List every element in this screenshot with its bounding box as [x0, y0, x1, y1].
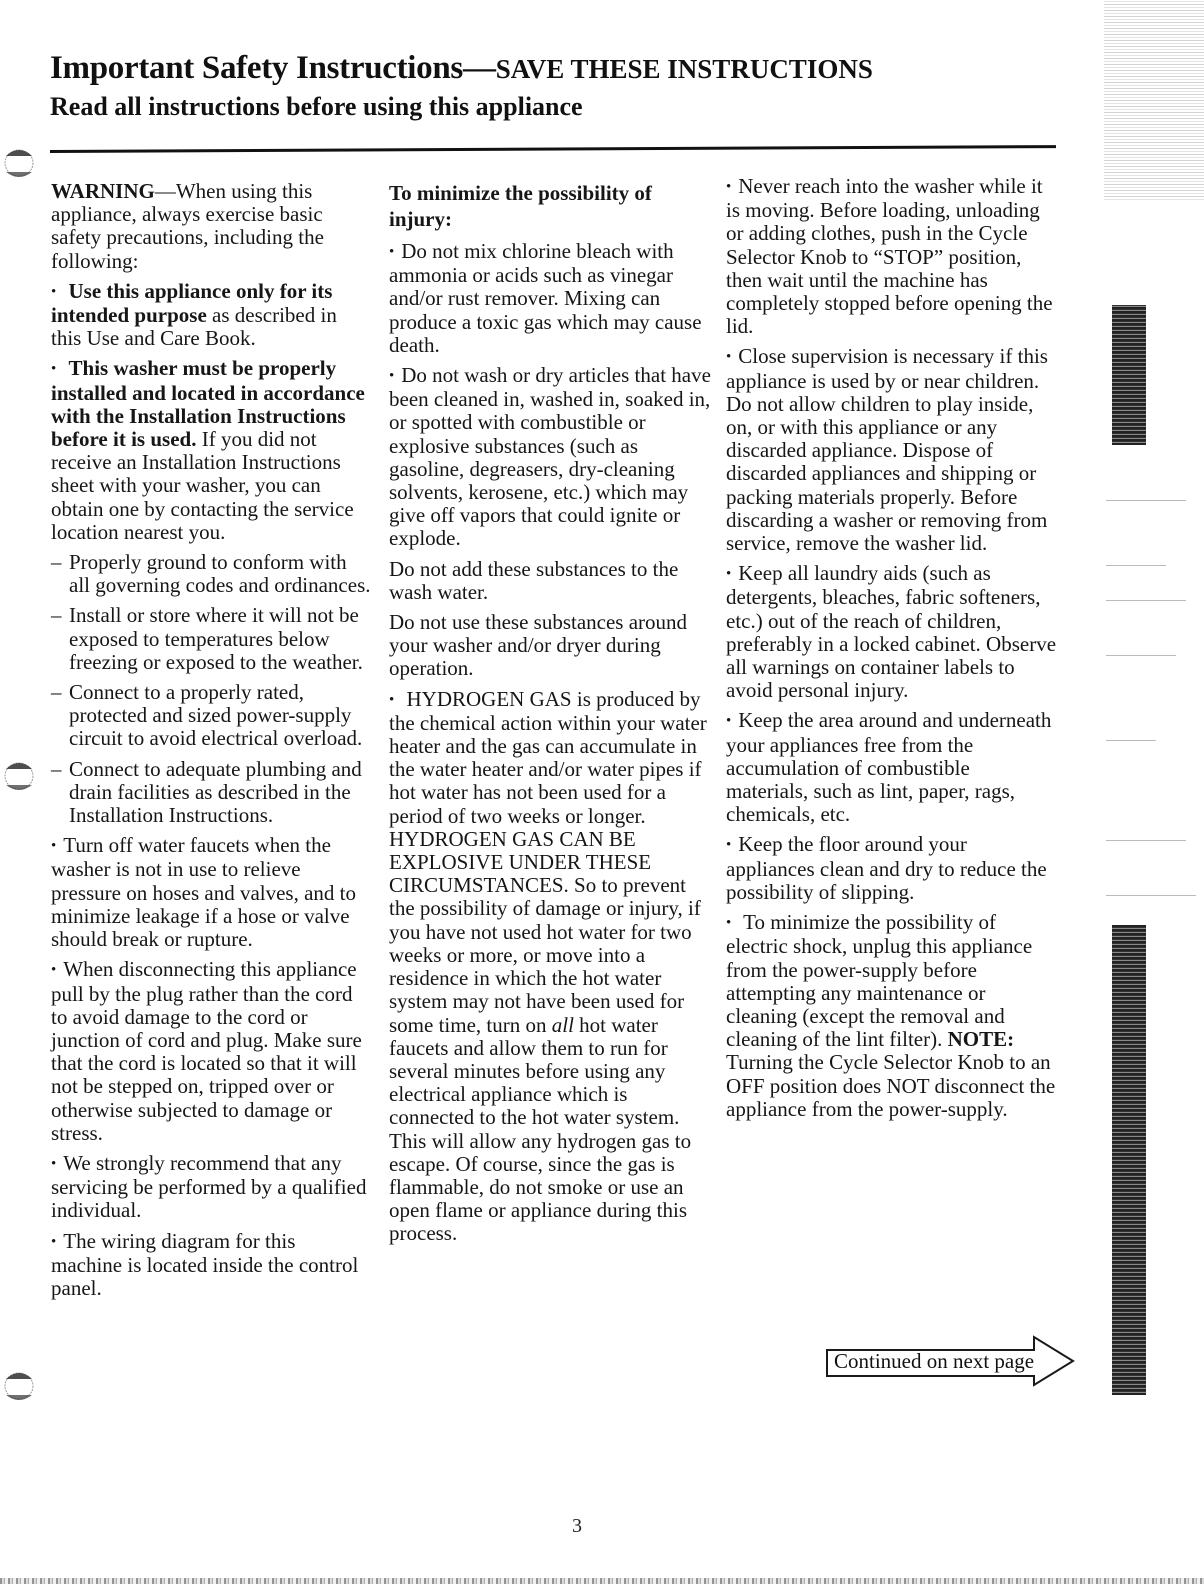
- scan-noise: [1106, 655, 1176, 656]
- item-text: hot water faucets and allow them to run …: [389, 1013, 691, 1246]
- italic-text: all: [552, 1013, 574, 1037]
- list-item: Turn off water faucets when the washer i…: [51, 834, 371, 951]
- warning-label: WARNING: [51, 179, 155, 203]
- sub-item-text: Connect to adequate plumbing and drain f…: [69, 757, 362, 827]
- paragraph: Do not use these substances around your …: [389, 611, 714, 681]
- scan-bottom-edge: [0, 1578, 1204, 1584]
- item-text: Keep the area around and underneath your…: [726, 708, 1051, 826]
- item-text: Close supervision is necessary if this a…: [726, 344, 1048, 555]
- continued-label: Continued on next page: [834, 1349, 1034, 1374]
- item-text: Never reach into the washer while it is …: [726, 174, 1053, 338]
- list-item: We strongly recommend that any servicing…: [51, 1152, 371, 1223]
- header-divider: [50, 145, 1056, 153]
- list-item: The wiring diagram for this machine is l…: [51, 1230, 371, 1301]
- column-1: WARNING—When using this appliance, alway…: [51, 180, 371, 1307]
- sub-list-item: – Properly ground to conform with all go…: [51, 551, 371, 597]
- list-item: Use this appliance only for its intended…: [51, 280, 371, 351]
- title-dash: —: [463, 50, 496, 86]
- sub-list-item: – Connect to a properly rated, protected…: [51, 681, 371, 751]
- scan-noise: [1106, 600, 1186, 601]
- sub-list-item: – Install or store where it will not be …: [51, 604, 371, 674]
- item-text: Keep the floor around your appliances cl…: [726, 832, 1047, 903]
- list-item: To minimize the possibility of electric …: [726, 911, 1056, 1121]
- page-number: 3: [572, 1515, 582, 1538]
- scan-noise: [1106, 840, 1186, 841]
- section-heading: To minimize the possibility of injury:: [389, 180, 714, 232]
- item-text: Turn off water faucets when the washer i…: [51, 833, 356, 951]
- dash-icon: –: [51, 551, 62, 574]
- dash-icon: –: [51, 758, 62, 781]
- scan-noise: [1112, 925, 1146, 1395]
- binding-hole-icon: [2, 755, 36, 797]
- list-item: Keep the area around and underneath your…: [726, 709, 1056, 826]
- list-item: When disconnecting this appliance pull b…: [51, 958, 371, 1145]
- scan-noise: [1106, 500, 1186, 501]
- scan-noise: [1112, 305, 1146, 445]
- note-text: Turning the Cycle Selector Knob to an OF…: [726, 1050, 1055, 1120]
- list-item: Never reach into the washer while it is …: [726, 175, 1056, 338]
- scan-noise: [1104, 0, 1204, 200]
- note-label: NOTE:: [948, 1027, 1015, 1051]
- title-main: Important Safety Instructions: [50, 50, 463, 86]
- item-text: The wiring diagram for this machine is l…: [51, 1229, 358, 1300]
- title-save-instructions: SAVE THESE INSTRUCTIONS: [496, 54, 873, 84]
- list-item: HYDROGEN GAS is produced by the chemical…: [389, 688, 714, 1246]
- item-text: Keep all laundry aids (such as detergent…: [726, 561, 1056, 702]
- binding-hole-icon: [2, 142, 36, 184]
- warning-paragraph: WARNING—When using this appliance, alway…: [51, 180, 371, 273]
- list-item: Close supervision is necessary if this a…: [726, 345, 1056, 555]
- page-subtitle: Read all instructions before using this …: [50, 91, 1050, 123]
- column-2: To minimize the possibility of injury: D…: [389, 180, 714, 1253]
- column-3: Never reach into the washer while it is …: [726, 175, 1056, 1128]
- item-text: When disconnecting this appliance pull b…: [51, 957, 362, 1144]
- item-text: Do not mix chlorine bleach with ammonia …: [389, 239, 702, 357]
- dash-icon: –: [51, 681, 62, 704]
- binding-hole-icon: [2, 1365, 36, 1407]
- list-item: Keep all laundry aids (such as detergent…: [726, 562, 1056, 702]
- page-title: Important Safety Instructions—SAVE THESE…: [50, 48, 1050, 89]
- list-item: Do not mix chlorine bleach with ammonia …: [389, 240, 714, 357]
- scan-noise: [1106, 895, 1196, 896]
- sub-item-text: Install or store where it will not be ex…: [69, 603, 363, 673]
- item-text: HYDROGEN GAS is produced by the chemical…: [389, 687, 707, 1037]
- continued-next-page: Continued on next page: [826, 1335, 1076, 1387]
- list-item: Do not wash or dry articles that have be…: [389, 364, 714, 551]
- item-text: Do not wash or dry articles that have be…: [389, 363, 711, 550]
- dash-icon: –: [51, 604, 62, 627]
- scan-margin-artifact: [1084, 0, 1204, 1592]
- item-text: We strongly recommend that any servicing…: [51, 1151, 366, 1222]
- scan-noise: [1106, 565, 1166, 566]
- scan-noise: [1106, 740, 1156, 741]
- sub-item-text: Connect to a properly rated, protected a…: [69, 680, 362, 750]
- list-item: Keep the floor around your appliances cl…: [726, 833, 1056, 904]
- sub-item-text: Properly ground to conform with all gove…: [69, 550, 371, 597]
- paragraph: Do not add these substances to the wash …: [389, 558, 714, 604]
- sub-list-item: – Connect to adequate plumbing and drain…: [51, 758, 371, 828]
- list-item: This washer must be properly installed a…: [51, 357, 371, 544]
- page-header: Important Safety Instructions—SAVE THESE…: [50, 48, 1050, 123]
